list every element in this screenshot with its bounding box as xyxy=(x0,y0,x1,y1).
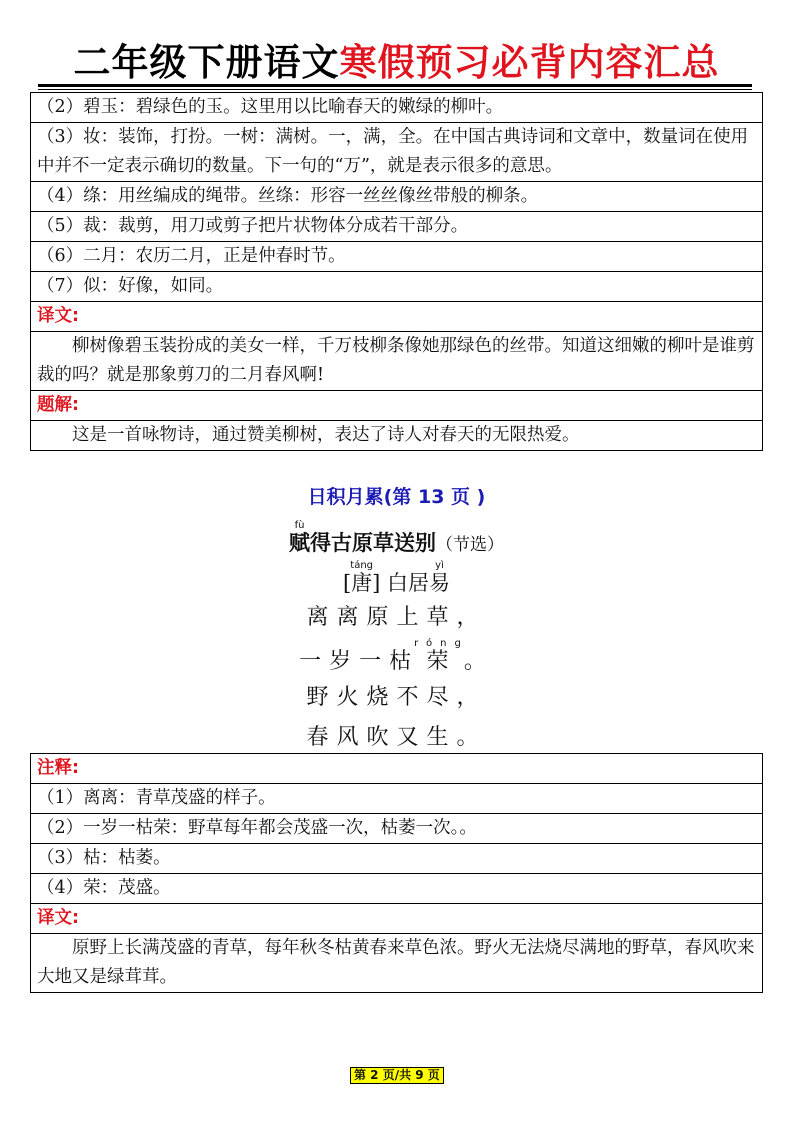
poem-line-3: 野火烧不尽， xyxy=(0,678,793,718)
note-row: （3）枯：枯萎。 xyxy=(31,844,763,874)
author-name: 白居易yì xyxy=(387,571,450,595)
poem-line-4: 春风吹又生。 xyxy=(0,718,793,758)
note-row: （2）一岁一枯荣：野草每年都会茂盛一次，枯萎一次。。 xyxy=(31,814,763,844)
note-row: （4）荣：茂盛。 xyxy=(31,874,763,904)
translation-label: 译文: xyxy=(31,904,763,934)
analysis-text: 这是一首咏物诗，通过赞美柳树，表达了诗人对春天的无限热爱。 xyxy=(31,421,763,451)
translation-text: 柳树像碧玉装扮成的美女一样，千万枝柳条像她那绿色的丝带。知道这细嫩的柳叶是谁剪裁… xyxy=(31,332,763,391)
title-char-with-pinyin: 赋fù xyxy=(289,531,310,555)
dynasty-with-pinyin: 唐táng xyxy=(351,571,372,595)
document-title: 二年级下册语文寒假预习必背内容汇总 xyxy=(0,40,793,86)
note-row: （6）二月：农历二月，正是仲春时节。 xyxy=(31,242,763,272)
title-black-part: 二年级下册语文 xyxy=(74,41,340,84)
page-indicator: 第 2 页/共 9 页 xyxy=(350,1067,444,1084)
poem-line-2: 一岁一枯荣róng。 xyxy=(0,638,793,682)
poem1-notes-table: （2）碧玉：碧绿色的玉。这里用以比喻春天的嫩绿的柳叶。 （3）妆：装饰，打扮。一… xyxy=(30,92,763,451)
note-row: （1）离离：青草茂盛的样子。 xyxy=(31,784,763,814)
title-rule-thick xyxy=(38,84,752,87)
poem-title: 赋fù得古原草送别（节选） xyxy=(0,520,793,562)
title-rule-thin xyxy=(38,89,752,90)
note-row: （3）妆：装饰，打扮。一树：满树。一，满，全。在中国古典诗词和文章中，数量词在使… xyxy=(31,123,763,182)
poem-title-note: （节选） xyxy=(436,535,504,555)
note-row: （5）裁：裁剪，用刀或剪子把片状物体分成若干部分。 xyxy=(31,212,763,242)
notes-label: 注释: xyxy=(31,754,763,784)
poem-author: [唐táng] 白居易yì xyxy=(0,560,793,600)
translation-label: 译文: xyxy=(31,302,763,332)
analysis-label: 题解: xyxy=(31,391,763,421)
poem-line-1: 离离原上草， xyxy=(0,598,793,638)
section-heading: 日积月累(第 13 页 ) xyxy=(0,482,793,512)
poem2-notes-table: 注释: （1）离离：青草茂盛的样子。 （2）一岁一枯荣：野草每年都会茂盛一次，枯… xyxy=(30,753,763,993)
note-row: （2）碧玉：碧绿色的玉。这里用以比喻春天的嫩绿的柳叶。 xyxy=(31,93,763,123)
note-row: （7）似：好像，如同。 xyxy=(31,272,763,302)
note-row: （4）绦：用丝编成的绳带。丝绦：形容一丝丝像丝带般的柳条。 xyxy=(31,182,763,212)
title-red-part: 寒假预习必背内容汇总 xyxy=(340,41,720,84)
translation-text: 原野上长满茂盛的青草，每年秋冬枯黄春来草色浓。野火无法烧尽满地的野草，春风吹来大… xyxy=(31,934,763,993)
poem-title-text: 得古原草送别 xyxy=(310,531,436,555)
